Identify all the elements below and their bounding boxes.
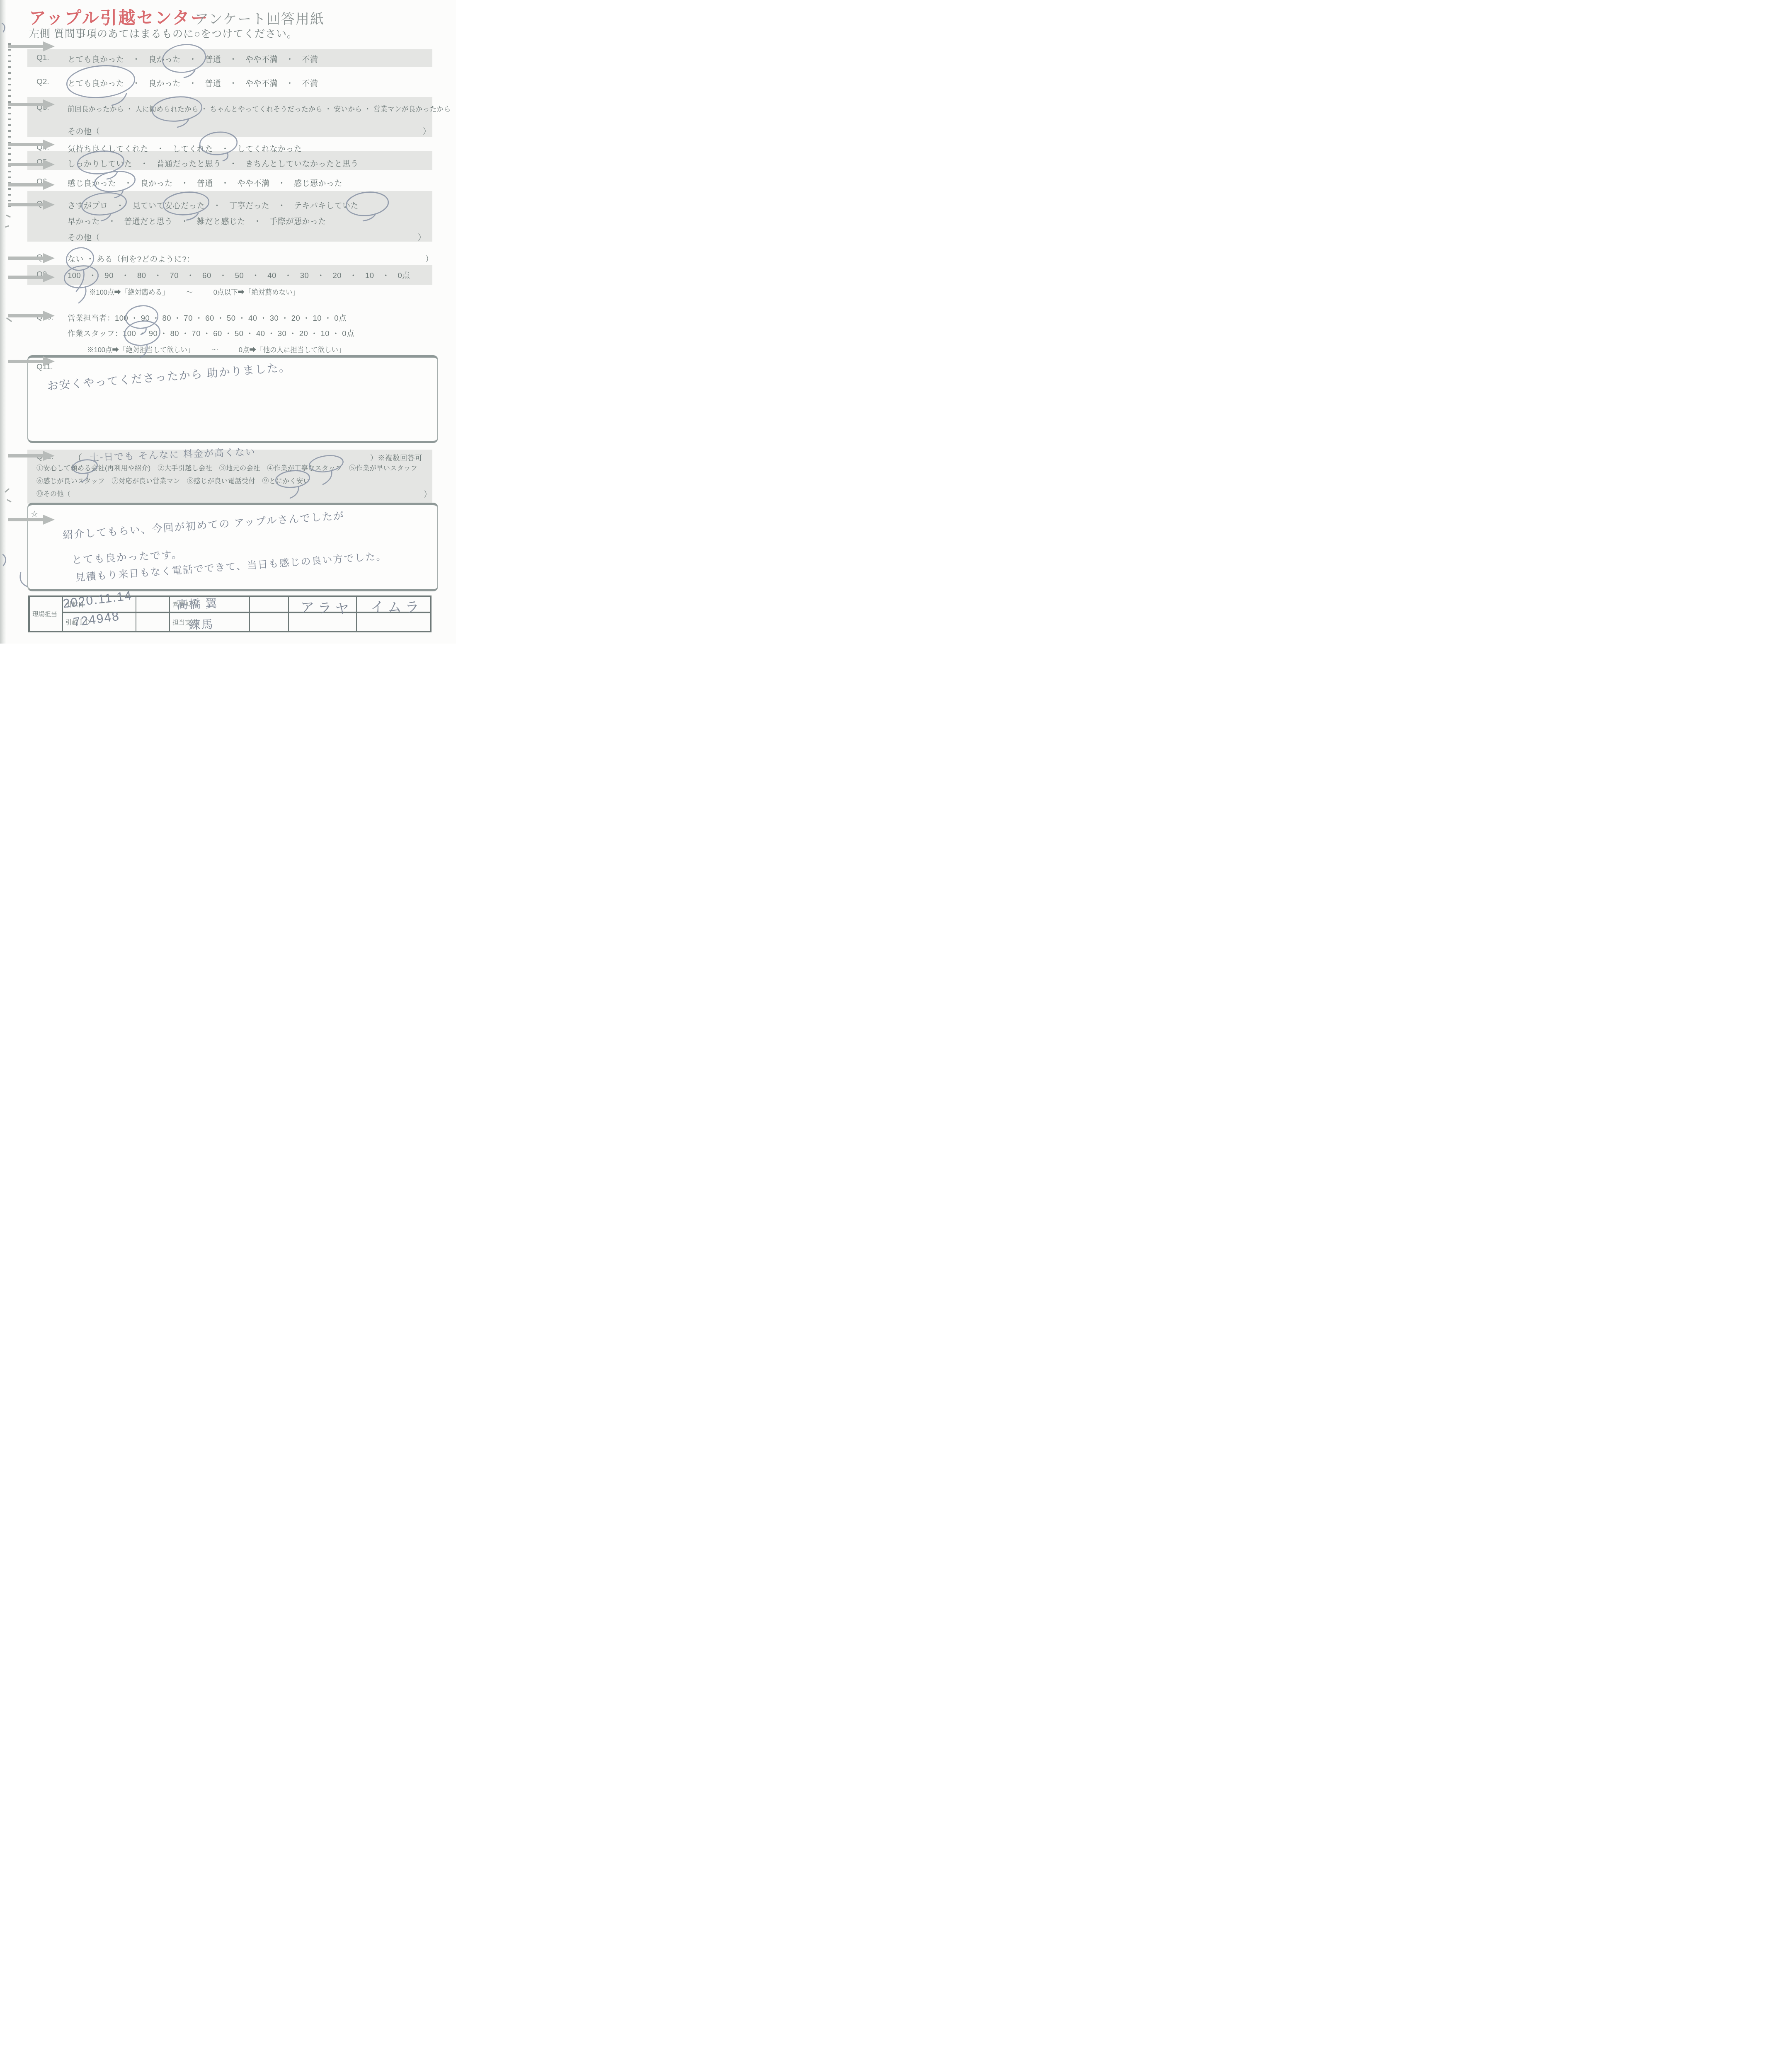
q5-label: Q5. [36, 158, 49, 167]
q12-options-line2: ⑥感じが良いスタッフ ⑦対応が良い営業マン ⑧感じが良い電話受付 ⑨とにかく安い [36, 476, 310, 485]
q4-options: 気持ち良くしてくれた ・ してくれた ・ してくれなかった [68, 143, 302, 154]
q12-label: Q12. [36, 453, 53, 462]
q10-sales-scale: 営業担当者：100 ・ 90 ・ 80 ・ 70 ・ 60 ・ 50 ・ 40 … [68, 312, 347, 323]
q1-label: Q1. [36, 53, 49, 63]
q11-label: Q11. [36, 363, 53, 372]
q9-label: Q9. [36, 270, 49, 279]
q2-options: とても良かった ・ 良かった ・ 普通 ・ やや不満 ・ 不満 [68, 77, 318, 89]
star-symbol: ☆ [31, 509, 38, 519]
move-id-value-cell [136, 613, 170, 631]
q7-other-label: その他（ [68, 232, 100, 243]
q12-other-label: ⑩その他（ [36, 489, 71, 498]
q7-options-line1: さすがプロ ・ 見ていて安心だった ・ 丁寧だった ・ テキパキしていた [68, 200, 359, 211]
torn-paper-edge [0, 0, 6, 644]
q3-label: Q3. [36, 103, 49, 112]
survey-sheet: アップル引越センター アンケート回答用紙 左側 質問事項のあてはまるものに○をつ… [0, 0, 456, 644]
move-date-value-cell [136, 597, 170, 613]
page-title: アンケート回答用紙 [195, 8, 325, 28]
q12-open-paren: （ [73, 451, 82, 464]
q10-label: Q10. [36, 313, 53, 322]
q3-close-paren: ） [423, 126, 431, 137]
q3-other-label: その他（ [68, 126, 100, 137]
q12-close-note: ）※複数回答可 [370, 453, 422, 463]
site-crew2-handwritten: イムラ [370, 596, 422, 616]
q6-label: Q6. [36, 177, 49, 186]
q9-scale: 100 ・ 90 ・ 80 ・ 70 ・ 60 ・ 50 ・ 40 ・ 30 ・… [68, 270, 410, 281]
q8-options: ない ・ ある（何を?どのように?： [68, 253, 195, 264]
site-crew1-handwritten: アラヤ [300, 596, 353, 618]
q2-label: Q2. [36, 77, 49, 87]
q6-options: 感じ良かった ・ 良かった ・ 普通 ・ やや不満 ・ 感じ悪かった [68, 177, 342, 189]
q12-close-paren: ） [424, 489, 432, 500]
pen-squiggle-bottom [20, 573, 27, 586]
q9-note: ※100点➡「絶対薦める」 ～ 0点以下➡「絶対薦めない」 [89, 287, 299, 297]
sales-name-handwritten: 髙橋 翼 [176, 595, 218, 612]
q5-options: しっかりしていた ・ 普通だったと思う ・ きちんとしていなかったと思う [68, 158, 359, 169]
q3-options: 前回良かったから ・ 人に勧められたから ・ ちゃんとやってくれそうだったから … [68, 104, 451, 114]
stray-mark [6, 317, 12, 322]
binder-hole-marks [8, 43, 11, 209]
handwritten-circle-q1-tail [184, 70, 195, 77]
q10-note: ※100点➡「絶対担当して欲しい」 ～ 0点➡「他の人に担当して欲しい」 [87, 344, 345, 354]
branch-value-cell [250, 613, 289, 631]
handwritten-circle-q9-tail [79, 287, 86, 303]
q7-label: Q7. [36, 200, 49, 209]
q1-options: とても良かった ・ 良かった ・ 普通 ・ やや不満 ・ 不満 [68, 53, 318, 65]
stray-mark [6, 215, 11, 218]
q4-label: Q4. [36, 143, 49, 152]
q7-close-paren: ） [418, 232, 426, 243]
branch-name-handwritten: 練馬 [189, 615, 214, 633]
stray-mark [7, 499, 12, 503]
q8-label: Q8. [36, 253, 49, 262]
q7-options-line2: 早かった ・ 普通だと思う ・ 雑だと感じた ・ 手際が悪かった [68, 215, 326, 227]
instruction-text: 左側 質問事項のあてはまるものに○をつけてください。 [29, 26, 298, 41]
sales-value-cell [250, 597, 289, 613]
q12-options-line1: ①安心して頼める会社(再利用や紹介) ②大手引越し会社 ③地元の会社 ④作業が丁… [36, 463, 417, 472]
q8-close-paren: ） [425, 253, 433, 264]
q10-staff-scale: 作業スタッフ：100 ・ 90 ・ 80 ・ 70 ・ 60 ・ 50 ・ 40… [68, 328, 354, 339]
site-label-cell: 現場担当 [30, 597, 63, 631]
brand-logo-text: アップル引越センター [29, 4, 209, 29]
